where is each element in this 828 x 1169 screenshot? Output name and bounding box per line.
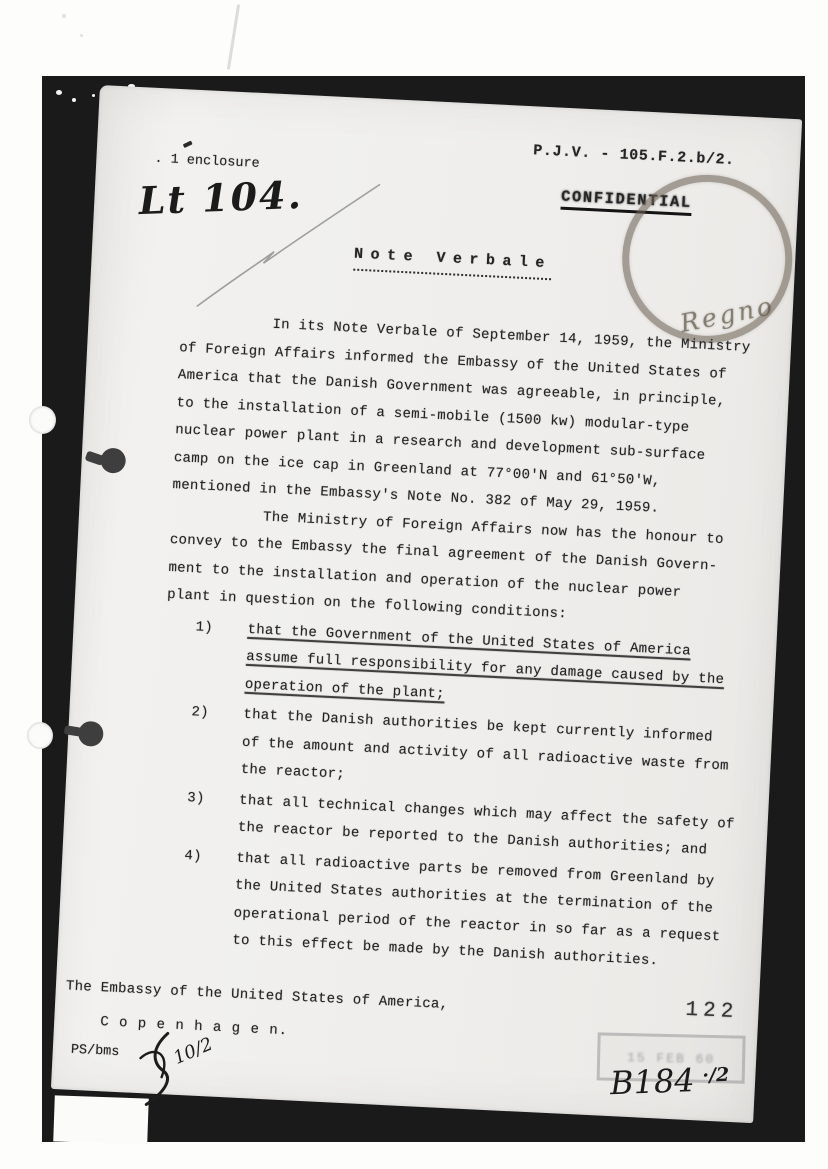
page-number: 122 xyxy=(685,999,739,1025)
typist-initials: PS/bms xyxy=(70,1043,119,1060)
registry-stamp-text: Regno xyxy=(678,291,778,338)
paragraph-1: In its Note Verbale of September 14, 195… xyxy=(172,307,781,529)
reference-number: P.J.V. - 105.F.2.b/2. xyxy=(533,142,735,169)
corner-speck xyxy=(56,90,62,95)
scanner-speck xyxy=(80,34,83,37)
condition-number: 3) xyxy=(185,785,240,842)
filing-suffix: ·/2 xyxy=(702,1064,730,1087)
condition-number: 1) xyxy=(192,614,248,699)
corner-speck xyxy=(72,98,76,102)
corner-speck xyxy=(92,94,95,97)
addressee-line-1: The Embassy of the United States of Amer… xyxy=(66,978,449,1013)
handwritten-filing-number: B184·/2 xyxy=(609,1060,730,1103)
filing-number: B184 xyxy=(609,1061,695,1102)
scanner-speck xyxy=(62,14,66,18)
punch-hole-top xyxy=(29,406,56,434)
punch-hole-bottom xyxy=(27,722,53,749)
document-paper: . 1 enclosure Lt 104. P.J.V. - 105.F.2.b… xyxy=(51,85,802,1123)
pen-tick-mark xyxy=(183,141,193,148)
scanner-streak xyxy=(227,4,240,70)
document-body: In its Note Verbale of September 14, 195… xyxy=(150,307,781,980)
hole-punch-blob xyxy=(78,721,104,747)
condition-number: 2) xyxy=(188,699,244,784)
hole-punch-blob xyxy=(100,447,126,473)
condition-text: that all radioactive parts be removed fr… xyxy=(232,845,724,979)
condition-number: 4) xyxy=(180,843,237,955)
scanned-document-page: . 1 enclosure Lt 104. P.J.V. - 105.F.2.b… xyxy=(0,0,828,1169)
